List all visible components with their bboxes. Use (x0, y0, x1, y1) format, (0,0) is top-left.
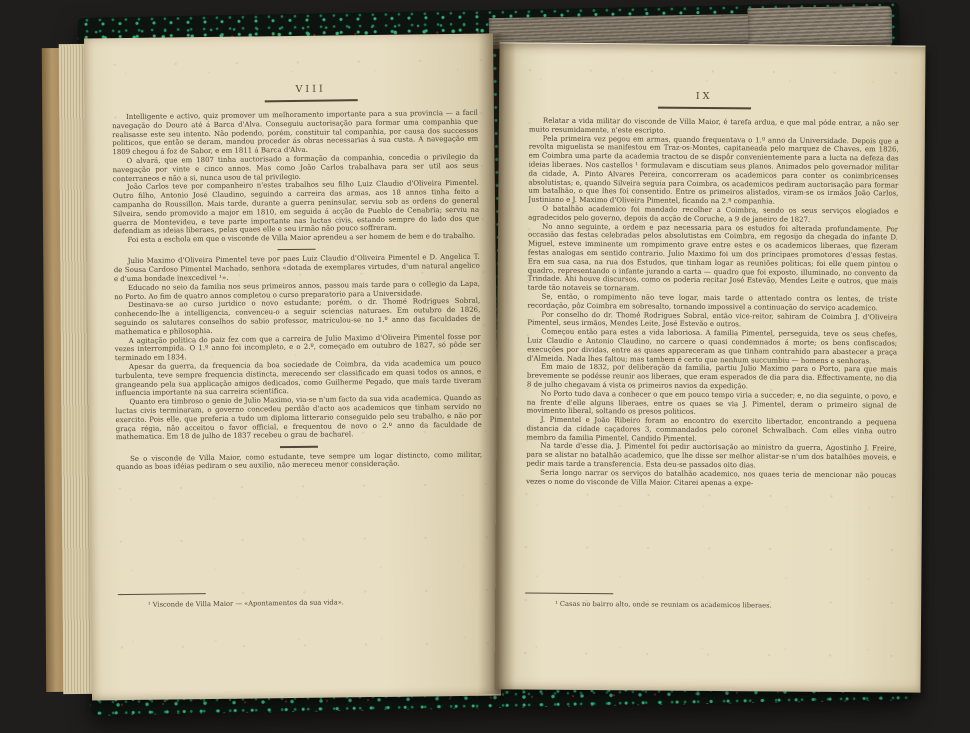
paragraph: Começou então para estes a vida laborios… (527, 328, 897, 366)
right-page-body: Relatar a vida militar do visconde de Vi… (525, 117, 899, 580)
paragraph: Apesar da guerra, da frequencia da boa s… (115, 359, 481, 399)
page-number-label: IX (696, 91, 713, 102)
right-page-footnote: ¹ Casas no bairro alto, onde se reuniam … (525, 593, 901, 611)
paragraph: O batalhão academico foi mandado recolhe… (528, 205, 898, 225)
paragraph: No Porto tudo dava a conhecer o que em p… (527, 389, 897, 418)
section-separator (278, 249, 316, 251)
paragraph: Se o visconde de Villa Maior, como estud… (116, 450, 482, 472)
paragraph: No anno seguinte, a ordem e paz necessar… (528, 222, 899, 295)
left-page-footnote: ¹ Visconde de Villa Maior — «Apontamento… (118, 590, 480, 610)
footnote-rule (118, 593, 206, 595)
paragraph: Destinava-se ao curso juridico o novo es… (114, 297, 480, 337)
left-page-number: VIII (128, 82, 494, 104)
footnote-text: ¹ Visconde de Villa Maior — «Apontamento… (118, 597, 480, 609)
top-right-page-edges (748, 6, 893, 49)
paragraph: Seria longo narrar os serviços do batalh… (526, 468, 896, 488)
footnote-text: ¹ Casas no bairro alto, onde se reuniam … (525, 600, 901, 611)
left-page: VIII Intelligente e activo, quiz promove… (84, 34, 501, 701)
right-page-text-column: IX Relatar a vida militar do visconde de… (494, 43, 925, 692)
paragraph: J. Pimentel e João Ribeiro foram ao enco… (526, 416, 896, 445)
paragraph: Na tarde d'esse dia, J. Pimentel foi ped… (526, 442, 896, 471)
paragraph: Em maio de 1832, por deliberação da fami… (527, 363, 897, 392)
page-number-rule (658, 107, 751, 110)
left-page-text-column: VIII Intelligente e activo, quiz promove… (84, 34, 501, 701)
right-page: IX Relatar a vida militar do visconde de… (494, 42, 925, 692)
left-page-body: Intelligente e activo, quiz promover um … (112, 109, 484, 575)
footnote-rule (525, 593, 613, 595)
paragraph: Intelligente e activo, quiz promover um … (112, 109, 479, 157)
paragraph: Pela primeira vez pegou em armas, quando… (528, 134, 899, 207)
paragraph: João Carlos teve por companheiro n'estes… (113, 179, 480, 236)
paragraph: Se, então, o rompimento não teve logar, … (527, 293, 897, 313)
right-page-number: IX (519, 89, 889, 110)
page-number-label: VIII (295, 84, 325, 95)
paragraph: Quanto era timbroso o genio de Julio Max… (115, 394, 482, 442)
book-photo: VIII Intelligente e activo, quiz promove… (0, 0, 970, 733)
paragraph: Relatar a vida militar do visconde de Vi… (529, 117, 899, 137)
page-number-rule (264, 99, 357, 102)
section-separator (280, 446, 318, 448)
